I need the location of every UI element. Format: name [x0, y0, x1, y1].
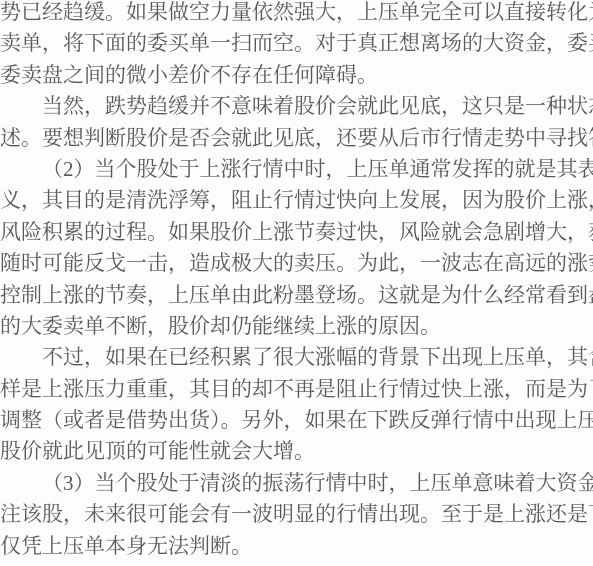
- text-line: 势已经趋缓。如果做空力量依然强大，上压单完全可以直接转化为实际: [0, 0, 593, 28]
- text-line: 调整（或者是借势出货）。另外，如果在下跌反弹行情中出现上压单，: [0, 405, 593, 436]
- book-page: 势已经趋缓。如果做空力量依然强大，上压单完全可以直接转化为实际卖单，将下面的委买…: [0, 0, 593, 563]
- text-line: 不过，如果在已经积累了很大涨幅的背景下出现上压单，其含义同: [0, 342, 593, 373]
- paragraph: 势已经趋缓。如果做空力量依然强大，上压单完全可以直接转化为实际卖单，将下面的委买…: [0, 0, 593, 91]
- text-line: 的大委卖单不断，股价却仍能继续上涨的原因。: [0, 311, 593, 342]
- paragraph: （2）当个股处于上涨行情中时，上压单通常发挥的就是其表面含义，其目的是清洗浮筹，…: [0, 154, 593, 342]
- text-line: 卖单，将下面的委买单一扫而空。对于真正想离场的大资金，委买盘与: [0, 28, 593, 59]
- text-line: （3）当个股处于清淡的振荡行情中时，上压单意味着大资金开始关: [0, 468, 593, 499]
- paragraph: 当然，跌势趋缓并不意味着股价会就此见底，这只是一种状态描述。要想判断股价是否会就…: [0, 91, 593, 154]
- paragraph: 不过，如果在已经积累了很大涨幅的背景下出现上压单，其含义同样是上涨压力重重，其目…: [0, 342, 593, 468]
- text-line: 股价就此见顶的可能性就会大增。: [0, 436, 593, 467]
- text-content: 势已经趋缓。如果做空力量依然强大，上压单完全可以直接转化为实际卖单，将下面的委买…: [0, 0, 593, 562]
- text-line: 样是上涨压力重重，其目的却不再是阻止行情过快上涨，而是为了借势: [0, 374, 593, 405]
- text-line: 当然，跌势趋缓并不意味着股价会就此见底，这只是一种状态描: [0, 91, 593, 122]
- text-line: 注该股，未来很可能会有一波明显的行情出现。至于是上涨还是下跌，: [0, 499, 593, 530]
- text-line: 控制上涨的节奏，上压单由此粉墨登场。这就是为什么经常看到盘面上: [0, 280, 593, 311]
- text-line: （2）当个股处于上涨行情中时，上压单通常发挥的就是其表面含: [0, 154, 593, 185]
- text-line: 风险积累的过程。如果股价上涨节奏过快，风险就会急剧增大，获利盘: [0, 217, 593, 248]
- text-line: 义，其目的是清洗浮筹，阻止行情过快向上发展，因为股价上涨，就是: [0, 185, 593, 216]
- paragraph: （3）当个股处于清淡的振荡行情中时，上压单意味着大资金开始关注该股，未来很可能会…: [0, 468, 593, 562]
- text-line: 仅凭上压单本身无法判断。: [0, 531, 593, 562]
- text-line: 随时可能反戈一击，造成极大的卖压。为此，一波志在高远的涨势必须: [0, 248, 593, 279]
- text-line: 述。要想判断股价是否会就此见底，还要从后市行情走势中寻找答案。: [0, 123, 593, 154]
- text-line: 委卖盘之间的微小差价不存在任何障碍。: [0, 60, 593, 91]
